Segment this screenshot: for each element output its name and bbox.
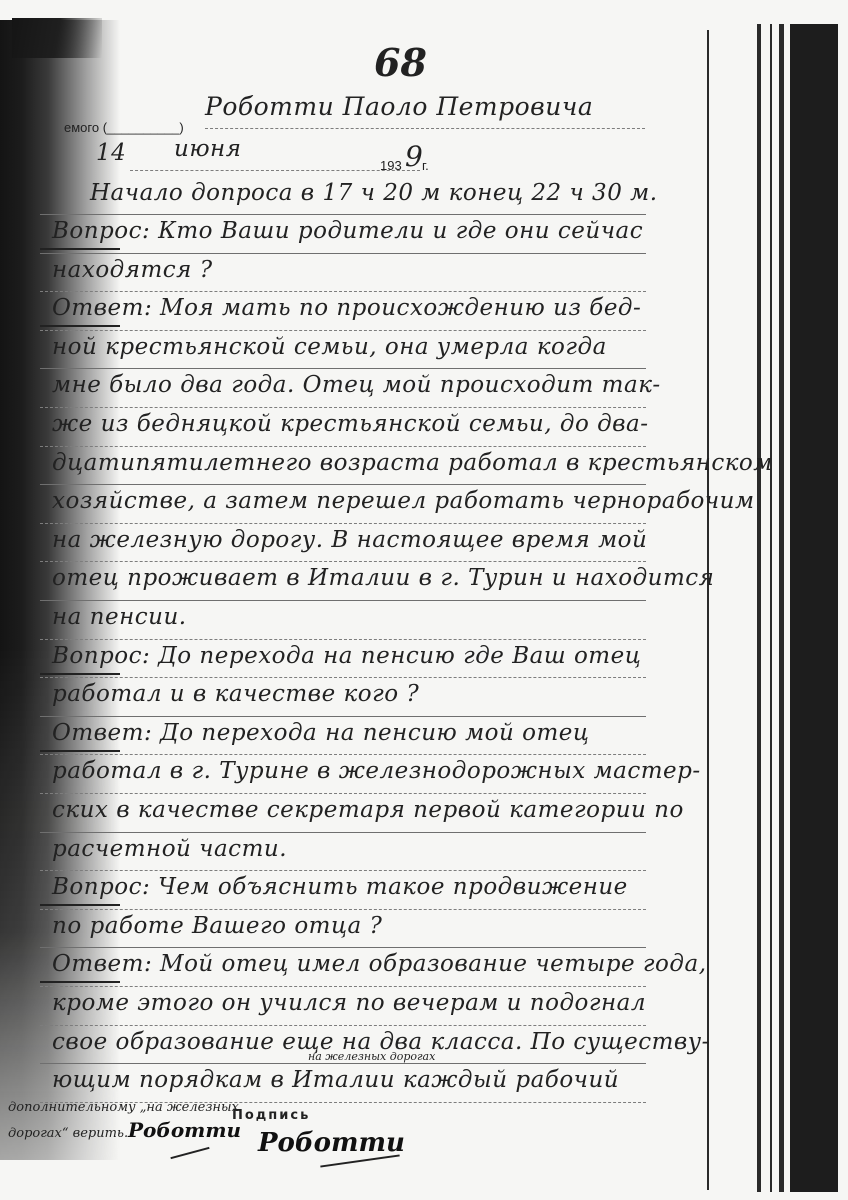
signature-label: Подпись: [232, 1108, 310, 1123]
label-underline: [40, 325, 120, 327]
protocol-line: на железную дорогу. В настоящее время мо…: [52, 527, 647, 553]
scan-shadow-top-left: [12, 18, 102, 58]
protocol-line: Вопрос: Кто Ваши родители и где они сейч…: [52, 218, 643, 244]
ruled-line: [40, 407, 646, 408]
label-underline: [40, 904, 120, 906]
person-name: Роботти Паоло Петровича: [205, 92, 593, 121]
inline-signature: Роботти: [128, 1118, 241, 1142]
footer-note-line-1: дополнительному „на железных: [8, 1100, 239, 1115]
protocol-line: по работе Вашего отца ?: [52, 913, 382, 939]
protocol-line: работал в г. Турине в железнодорожных ма…: [52, 758, 701, 784]
protocol-line: кроме этого он учился по вечерам и подог…: [52, 990, 646, 1016]
rule-0: [40, 214, 646, 215]
ruled-line: [40, 793, 646, 794]
protocol-line: Ответ: Мой отец имел образование четыре …: [52, 951, 707, 977]
protocol-line: находятся ?: [52, 257, 213, 283]
label-underline: [40, 750, 120, 752]
label-underline: [40, 981, 120, 983]
protocol-line: на пенсии.: [52, 604, 187, 630]
ruled-line: [40, 600, 646, 601]
page-edge-line: [707, 30, 709, 1190]
ruled-line: [40, 253, 646, 254]
protocol-line: отец проживает в Италии в г. Турин и нах…: [52, 565, 714, 591]
protocol-line: ских в качестве секретаря первой категор…: [52, 797, 684, 823]
ruled-line: [40, 832, 646, 833]
ruled-line: [40, 716, 646, 717]
protocol-line: ной крестьянской семьи, она умерла когда: [52, 334, 607, 360]
binding-stripe-3: [779, 24, 784, 1192]
ruled-line: [40, 561, 646, 562]
date-rule: [130, 170, 420, 171]
footer-note-line-2: дорогах“ верить.: [8, 1126, 128, 1141]
interrogation-time: Начало допроса в 17 ч 20 м конец 22 ч 30…: [90, 180, 658, 206]
name-rule: [205, 128, 645, 129]
date-year-hand: 9: [405, 140, 423, 173]
protocol-line: Ответ: Моя мать по происхождению из бед-: [52, 295, 641, 321]
ruled-line: [40, 1063, 646, 1064]
ruled-line: [40, 1025, 646, 1026]
protocol-line: мне было два года. Отец мой происходит т…: [52, 372, 661, 398]
ruled-line: [40, 986, 646, 987]
page-number: 68: [374, 40, 427, 85]
ruled-line: [40, 484, 646, 485]
protocol-line: ющим порядкам в Италии каждый рабочий: [52, 1067, 619, 1093]
ruled-line: [40, 870, 646, 871]
protocol-line: Вопрос: Чем объяснить такое продвижение: [52, 874, 628, 900]
binding-stripe-1: [757, 24, 761, 1192]
label-underline: [40, 248, 120, 250]
protocol-line: работал и в качестве кого ?: [52, 681, 419, 707]
form-label-name: емого (__________): [64, 120, 184, 135]
protocol-line: хозяйстве, а затем перешел работать черн…: [52, 488, 755, 514]
date-day: 14: [96, 140, 126, 166]
insertion-note: на железных дорогах: [308, 1050, 435, 1063]
label-underline: [40, 673, 120, 675]
ruled-line: [40, 947, 646, 948]
protocol-line: расчетной части.: [52, 836, 287, 862]
ruled-line: [40, 368, 646, 369]
ruled-line: [40, 330, 646, 331]
ruled-line: [40, 639, 646, 640]
main-signature: Роботти: [258, 1128, 405, 1158]
ruled-line: [40, 677, 646, 678]
binding-stripe-2: [770, 24, 772, 1192]
ruled-line: [40, 291, 646, 292]
ruled-line: [40, 446, 646, 447]
protocol-line: дцатипятилетнего возраста работал в крес…: [52, 450, 773, 476]
date-month: июня: [174, 136, 241, 162]
protocol-line: Ответ: До перехода на пенсию мой отец: [52, 720, 589, 746]
ruled-line: [40, 909, 646, 910]
ruled-line: [40, 523, 646, 524]
ruled-line: [40, 754, 646, 755]
inline-signature-stroke: [170, 1147, 209, 1159]
protocol-line: же из бедняцкой крестьянской семьи, до д…: [52, 411, 649, 437]
binding-shadow-right: [790, 24, 838, 1192]
date-year-suffix: г.: [422, 158, 429, 173]
protocol-line: Вопрос: До перехода на пенсию где Ваш от…: [52, 643, 641, 669]
